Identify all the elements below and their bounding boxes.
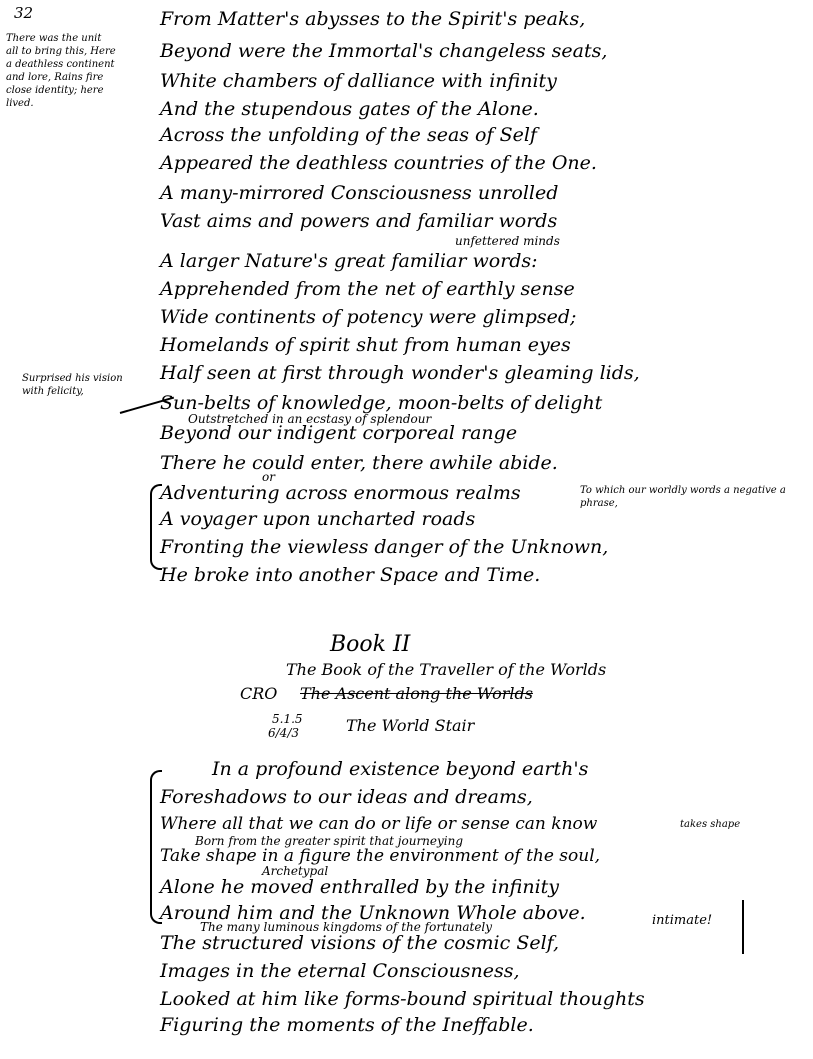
verse-line: The structured visions of the cosmic Sel… xyxy=(160,932,559,954)
verse-line: Images in the eternal Consciousness, xyxy=(160,960,520,982)
verse-line: Apprehended from the net of earthly sens… xyxy=(160,278,575,300)
verse-line: From Matter's abysses to the Spirit's pe… xyxy=(160,8,585,30)
verse-line: In a profound existence beyond earth's xyxy=(212,758,588,780)
interlinear-insertion: unfettered minds xyxy=(455,234,560,248)
verse-line: Vast aims and powers and familiar words xyxy=(160,210,557,232)
verse-line: A larger Nature's great familiar words: xyxy=(160,250,538,272)
margin-bar xyxy=(742,900,744,954)
verse-line: Homelands of spirit shut from human eyes xyxy=(160,334,571,356)
margin-note-right: takes shape xyxy=(680,818,810,831)
verse-line: Across the unfolding of the seas of Self xyxy=(160,124,537,146)
verse-line: Figuring the moments of the Ineffable. xyxy=(160,1014,534,1036)
verse-line: Sun-belts of knowledge, moon-belts of de… xyxy=(160,392,602,414)
verse-line: Half seen at first through wonder's glea… xyxy=(160,362,640,384)
verse-line: And the stupendous gates of the Alone. xyxy=(160,98,539,120)
book-heading: Book II xyxy=(330,632,410,657)
verse-line: Appeared the deathless countries of the … xyxy=(160,152,597,174)
verse-line: Fronting the viewless danger of the Unkn… xyxy=(160,536,608,558)
verse-line: White chambers of dalliance with infinit… xyxy=(160,70,557,92)
side-mark: 6/4/3 xyxy=(268,726,299,740)
revision-bracket xyxy=(150,484,162,570)
margin-note-middle: Surprised his vision with felicity, xyxy=(22,372,132,398)
verse-line: Beyond our indigent corporeal range xyxy=(160,422,517,444)
verse-line: He broke into another Space and Time. xyxy=(160,564,540,586)
book-subtitle-struck: The Ascent along the Worlds xyxy=(300,684,533,703)
verse-line: A voyager upon uncharted roads xyxy=(160,508,475,530)
margin-note-right: To which our worldly words a negative a … xyxy=(580,484,810,510)
verse-line: Adventuring across enormous realms xyxy=(160,482,521,504)
verse-line: Alone he moved enthralled by the infinit… xyxy=(160,876,559,898)
page-number: 32 xyxy=(14,4,33,22)
verse-line: Where all that we can do or life or sens… xyxy=(160,814,597,834)
verse-line: A many-mirrored Consciousness unrolled xyxy=(160,182,558,204)
book-subtitle: The Book of the Traveller of the Worlds xyxy=(286,660,606,679)
book-subtitle: The World Stair xyxy=(346,716,474,735)
verse-line: Foreshadows to our ideas and dreams, xyxy=(160,786,533,808)
verse-line: Beyond were the Immortal's changeless se… xyxy=(160,40,607,62)
side-mark: 5.1.5 xyxy=(272,712,303,726)
verse-line: There he could enter, there awhile abide… xyxy=(160,452,558,474)
margin-note-right: intimate! xyxy=(652,914,752,927)
side-mark: CRO xyxy=(240,684,277,703)
revision-bracket xyxy=(150,770,162,924)
margin-note-top: There was the unit all to bring this, He… xyxy=(6,32,116,110)
verse-line: Wide continents of potency were glimpsed… xyxy=(160,306,576,328)
verse-line: Take shape in a figure the environment o… xyxy=(160,846,600,866)
verse-line: Looked at him like forms-bound spiritual… xyxy=(160,988,645,1010)
